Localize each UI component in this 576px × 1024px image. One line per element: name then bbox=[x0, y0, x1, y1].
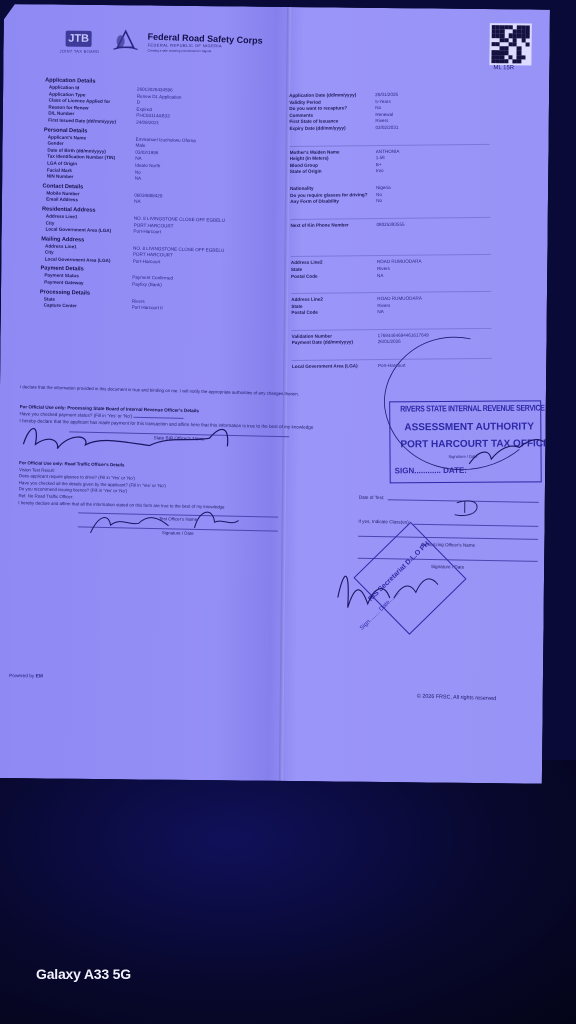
field-value: 08025393555 bbox=[376, 222, 404, 229]
field-value: Renew DL Application bbox=[137, 93, 182, 101]
field-value: No bbox=[376, 198, 382, 205]
field-label: Local Government Area (LGA) bbox=[41, 256, 133, 265]
field-label: Next of Kin Phone Number bbox=[290, 222, 376, 229]
document-page: JTB JOINT TAX BOARD Federal Road Safety … bbox=[0, 4, 550, 784]
birs-answer-line[interactable] bbox=[133, 413, 183, 419]
field-value: Port-Harcourt bbox=[133, 229, 161, 236]
field-value: NA bbox=[377, 309, 383, 316]
road-traffic-section: For Official Use only: Road Traffic Offi… bbox=[18, 460, 399, 541]
camera-watermark: Galaxy A33 5G bbox=[36, 966, 131, 982]
class-indicate-label: If yes, Indicate Class(es): bbox=[358, 519, 410, 525]
field-label: Postal Code bbox=[291, 309, 377, 316]
traffic-heading-prefix: For Official Use only: bbox=[19, 460, 64, 466]
field-value: Port-Harcourt bbox=[378, 363, 406, 370]
org-subtitle: FEDERAL REPUBLIC OF NIGERIA bbox=[148, 43, 223, 49]
powered-by: Powered by EM bbox=[9, 674, 43, 679]
field-label: Expiry Date (dd/mm/yyyy) bbox=[289, 125, 375, 132]
birs-heading-prefix: For Official Use only: bbox=[20, 404, 68, 410]
jtb-caption: JOINT TAX BOARD bbox=[59, 49, 99, 54]
field-value: 03/02/2031 bbox=[375, 125, 398, 132]
field-label: State of Origin bbox=[290, 168, 376, 175]
field-label: Local Government Area (LGA) bbox=[292, 363, 378, 370]
field-label: Capture Center bbox=[40, 303, 132, 312]
field-value: NA bbox=[134, 199, 141, 206]
declaration-text: I declare that the information provided … bbox=[20, 384, 299, 396]
field-value: 24/09/2021 bbox=[136, 120, 159, 127]
stamp-sign-date: SIGN............ DATE: bbox=[395, 466, 467, 476]
document-header: JTB JOINT TAX BOARD Federal Road Safety … bbox=[59, 29, 299, 66]
right-column: Application Date (dd/mm/yyyy)26/01/2026V… bbox=[289, 91, 492, 371]
field-label: Payment Date (dd/mm/yyyy) bbox=[292, 340, 378, 347]
field-value: NA bbox=[377, 273, 383, 280]
tax-office-stamp: RIVERS STATE INTERNAL REVENUE SERVICE (R… bbox=[389, 400, 542, 483]
field-label: Postal Code bbox=[291, 273, 377, 280]
powered-by-logo: EM bbox=[36, 674, 43, 679]
birs-official-section: For Official Use only: Processing State … bbox=[19, 404, 380, 447]
field-label: NIN Number bbox=[43, 174, 135, 183]
field-label: Payment Gateway bbox=[40, 279, 132, 288]
traffic-heading: Road Traffic Officer's Details bbox=[64, 461, 124, 467]
birs-officer-name-caption: State BIR Officer's Name bbox=[69, 432, 289, 445]
test-officer-signature-caption: Signature / Date bbox=[78, 526, 278, 539]
qr-code bbox=[489, 23, 531, 65]
copyright: © 2026 FRSC, All rights reserved bbox=[417, 693, 497, 702]
field-value: Port Harcourt II bbox=[131, 305, 162, 312]
field-value: NA bbox=[135, 176, 142, 183]
bir-signature-caption: Signature / Date bbox=[449, 454, 478, 459]
qr-label: ML 15R bbox=[493, 65, 514, 71]
field-label: First Issued Date (dd/mm/yyyy) bbox=[44, 117, 136, 126]
field-value: Imo bbox=[376, 168, 384, 175]
test-officer-name-caption: Test Officer's Name bbox=[78, 513, 278, 526]
field-label: Local Government Area (LGA) bbox=[41, 226, 133, 235]
stamp-line-2: ASSESSMENT AUTHORITY bbox=[404, 421, 534, 433]
powered-by-text: Powered by bbox=[9, 674, 34, 679]
date-of-test-label: Date of Test: bbox=[359, 495, 385, 500]
left-column: Application Details Application Id260120… bbox=[40, 74, 286, 315]
stamp-line-3: PORT HARCOURT TAX OFFICE bbox=[400, 438, 549, 450]
field-value: 26/01/2026 bbox=[378, 339, 401, 346]
field-row: Local Government Area (LGA)Port-Harcourt bbox=[292, 362, 492, 371]
field-value: Port-Harcourt bbox=[133, 259, 161, 266]
org-motto: Creating a safe motoring environment in … bbox=[147, 49, 211, 54]
stamp-line-1: RIVERS STATE INTERNAL REVENUE SERVICE (R… bbox=[400, 404, 566, 414]
dark-background bbox=[0, 760, 576, 1024]
field-label: Email Address bbox=[42, 197, 134, 206]
frsc-crest-icon bbox=[111, 29, 139, 53]
jtb-logo: JTB bbox=[66, 31, 92, 47]
field-value: Payfixy (Bank) bbox=[132, 282, 162, 289]
field-label: Any Form of Disability bbox=[290, 198, 376, 205]
